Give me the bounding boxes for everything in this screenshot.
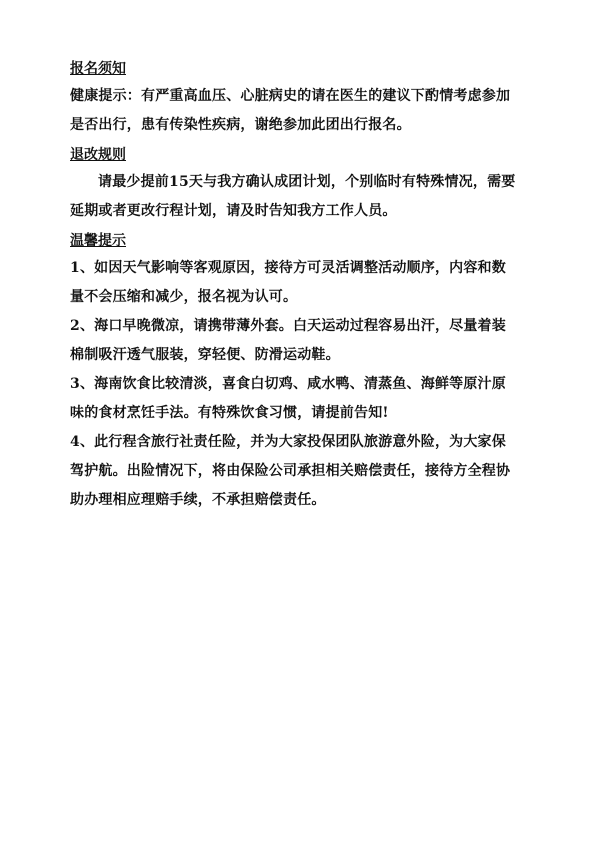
- text-line: 3、海南饮食比较清淡，喜食白切鸡、咸水鸭、清蒸鱼、海鲜等原汁原: [70, 370, 530, 399]
- cancellation-paragraph: 请最少提前15天与我方确认成团计划，个别临时有特殊情况，需要 延期或者更改行程计…: [70, 168, 530, 226]
- text-line: 延期或者更改行程计划，请及时告知我方工作人员。: [70, 197, 530, 226]
- tip-item-3: 3、海南饮食比较清淡，喜食白切鸡、咸水鸭、清蒸鱼、海鲜等原汁原 味的食材烹饪手法…: [70, 370, 530, 428]
- health-notice-paragraph: 健康提示：有严重高血压、心脏病史的请在医生的建议下酌情考虑参加 是否出行，患有传…: [70, 82, 530, 140]
- section-heading-registration-notice: 报名须知: [70, 56, 530, 82]
- text-line: 量不会压缩和减少，报名视为认可。: [70, 283, 530, 312]
- tip-item-2: 2、海口早晚微凉，请携带薄外套。白天运动过程容易出汗，尽量着装 棉制吸汗透气服装…: [70, 312, 530, 370]
- document-page: 报名须知 健康提示：有严重高血压、心脏病史的请在医生的建议下酌情考虑参加 是否出…: [70, 56, 530, 515]
- text-line: 味的食材烹饪手法。有特殊饮食习惯，请提前告知!: [70, 399, 530, 428]
- text-line: 2、海口早晚微凉，请携带薄外套。白天运动过程容易出汗，尽量着装: [70, 312, 530, 341]
- text-line: 4、此行程含旅行社责任险，并为大家投保团队旅游意外险，为大家保: [70, 428, 530, 457]
- text-line: 是否出行，患有传染性疾病，谢绝参加此团出行报名。: [70, 111, 530, 140]
- tip-item-4: 4、此行程含旅行社责任险，并为大家投保团队旅游意外险，为大家保 驾护航。出险情况…: [70, 428, 530, 515]
- tip-item-1: 1、如因天气影响等客观原因，接待方可灵活调整活动顺序，内容和数 量不会压缩和减少…: [70, 254, 530, 312]
- section-heading-cancellation-rules: 退改规则: [70, 142, 530, 168]
- text-line: 请最少提前15天与我方确认成团计划，个别临时有特殊情况，需要: [70, 168, 530, 197]
- text-line: 驾护航。出险情况下，将由保险公司承担相关赔偿责任，接待方全程协: [70, 457, 530, 486]
- text-line: 1、如因天气影响等客观原因，接待方可灵活调整活动顺序，内容和数: [70, 254, 530, 283]
- section-heading-tips: 温馨提示: [70, 228, 530, 254]
- text-line: 健康提示：有严重高血压、心脏病史的请在医生的建议下酌情考虑参加: [70, 82, 530, 111]
- text-line: 助办理相应理赔手续，不承担赔偿责任。: [70, 486, 530, 515]
- text-line: 棉制吸汗透气服装，穿轻便、防滑运动鞋。: [70, 341, 530, 370]
